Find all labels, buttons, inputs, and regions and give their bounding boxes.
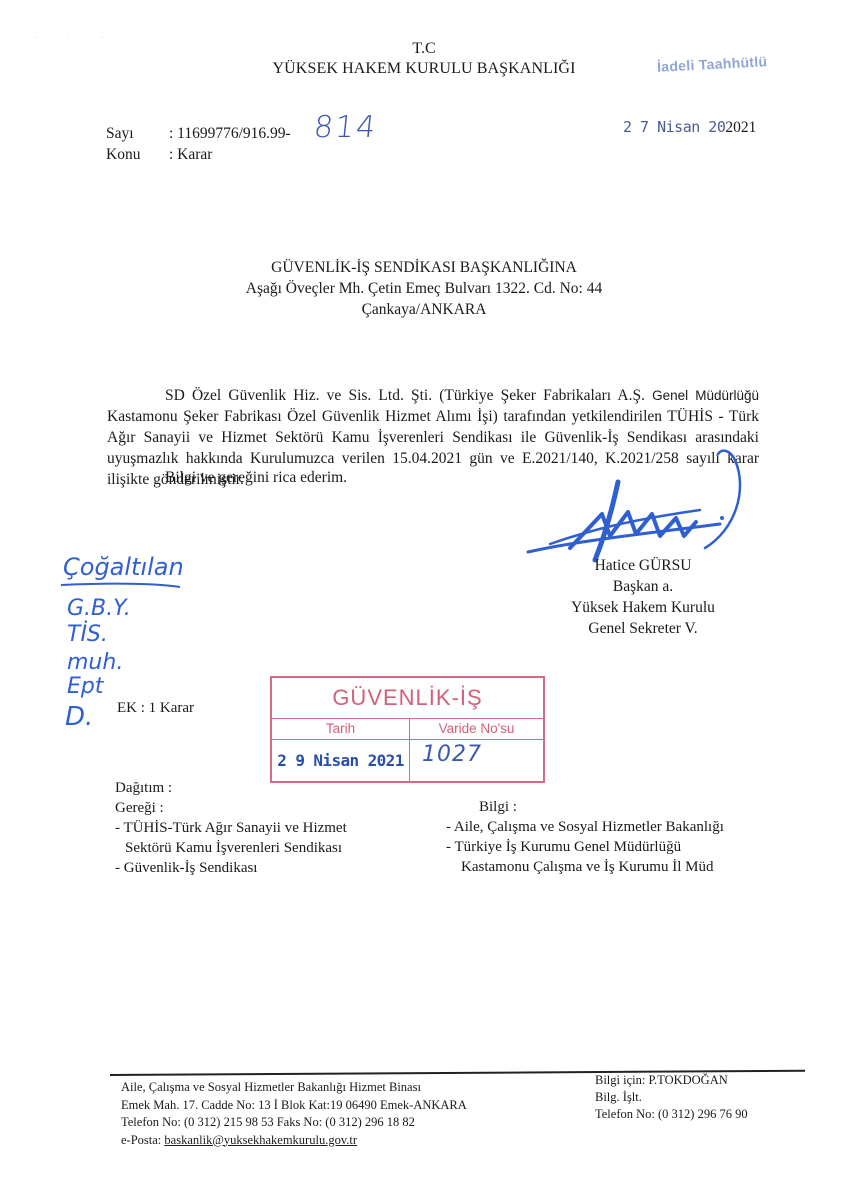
sayi-label: Sayı — [106, 125, 134, 143]
gerek-item: - Güvenlik-İş Sendikası — [115, 858, 347, 878]
bilgi-label: Bilgi : — [446, 797, 724, 817]
received-stamp-number: 1027 — [422, 742, 482, 767]
body-text-sans: Genel Müdürlüğü — [652, 388, 759, 403]
note-d: D. — [65, 702, 93, 732]
footer-email-label: e-Posta: — [121, 1133, 164, 1147]
distribution-label: Dağıtım : — [115, 778, 347, 798]
note-muh: muh. — [67, 650, 123, 675]
date-stamp-text: 2 7 Nisan 20 — [623, 118, 725, 136]
signature-block: Hatice GÜRSU Başkan a. Yüksek Hakem Kuru… — [548, 555, 738, 639]
addressee-name: GÜVENLİK-İŞ SENDİKASI BAŞKANLIĞINA — [0, 259, 848, 277]
footer-contact-person: Bilgi için: P.TOKDOĞAN — [595, 1072, 748, 1089]
note-cogaltilan: Çoğaltılan — [63, 553, 184, 581]
gerek-item: Sektörü Kamu İşverenleri Sendikası — [115, 838, 347, 858]
date-year: 2021 — [725, 119, 756, 136]
received-stamp-number-header: Varide No'su — [410, 718, 543, 740]
footer-street: Emek Mah. 17. Cadde No: 13 İ Blok Kat:19… — [121, 1097, 467, 1115]
bilgi-item: Kastamonu Çalışma ve İş Kurumu İl Müd — [446, 857, 724, 877]
signatory-title-3: Genel Sekreter V. — [548, 618, 738, 639]
footer-email-link[interactable]: baskanlik@yuksekhakemkurulu.gov.tr — [164, 1133, 357, 1147]
bilgi-item: - Aile, Çalışma ve Sosyal Hizmetler Baka… — [446, 817, 724, 837]
footer-address: Aile, Çalışma ve Sosyal Hizmetler Bakanl… — [121, 1079, 467, 1149]
closing-line: Bilgi ve gereğini rica ederim. — [165, 469, 347, 487]
note-tis: TİS. — [67, 621, 108, 647]
signatory-name: Hatice GÜRSU — [548, 555, 738, 576]
footer-building: Aile, Çalışma ve Sosyal Hizmetler Bakanl… — [121, 1079, 467, 1097]
date-stamp: 2 7 Nisan 202021 — [623, 118, 756, 137]
distribution-required: Dağıtım : Gereği : - TÜHİS-Türk Ağır San… — [115, 778, 347, 878]
body-text-start: SD Özel Güvenlik Hiz. ve Sis. Ltd. Şti. … — [165, 387, 652, 404]
footer-contact: Bilgi için: P.TOKDOĞAN Bilg. İşlt. Telef… — [595, 1072, 748, 1123]
distribution-info: Bilgi : - Aile, Çalışma ve Sosyal Hizmet… — [446, 797, 724, 877]
bilgi-item: - Türkiye İş Kurumu Genel Müdürlüğü — [446, 837, 724, 857]
received-stamp: GÜVENLİK-İŞ Tarih Varide No'su 2 9 Nisan… — [270, 676, 545, 783]
footer-contact-phone: Telefon No: (0 312) 296 76 90 — [595, 1106, 748, 1123]
addressee-city: Çankaya/ANKARA — [0, 301, 848, 319]
received-stamp-date: 2 9 Nisan 2021 — [272, 740, 410, 781]
attachment-line: EK : 1 Karar — [117, 700, 194, 717]
signatory-title-2: Yüksek Hakem Kurulu — [548, 597, 738, 618]
footer-contact-role: Bilg. İşlt. — [595, 1089, 748, 1106]
note-gby: G.B.Y. — [67, 596, 131, 621]
handwritten-document-number: 814 — [312, 110, 379, 145]
gerek-label: Gereği : — [115, 798, 347, 818]
footer-phone-fax: Telefon No: (0 312) 215 98 53 Faks No: (… — [121, 1114, 467, 1132]
gerek-item: - TÜHİS-Türk Ağır Sanayii ve Hizmet — [115, 818, 347, 838]
received-stamp-title: GÜVENLİK-İŞ — [272, 678, 543, 719]
footer-email-row: e-Posta: baskanlik@yuksekhakemkurulu.gov… — [121, 1132, 467, 1150]
sayi-value: : 11699776/916.99- — [169, 125, 291, 143]
signatory-title-1: Başkan a. — [548, 576, 738, 597]
addressee-street: Aşağı Öveçler Mh. Çetin Emeç Bulvarı 132… — [0, 280, 848, 298]
konu-value: : Karar — [169, 146, 212, 164]
received-stamp-date-header: Tarih — [272, 718, 410, 740]
konu-label: Konu — [106, 146, 140, 164]
note-ept: Ept — [67, 674, 105, 699]
